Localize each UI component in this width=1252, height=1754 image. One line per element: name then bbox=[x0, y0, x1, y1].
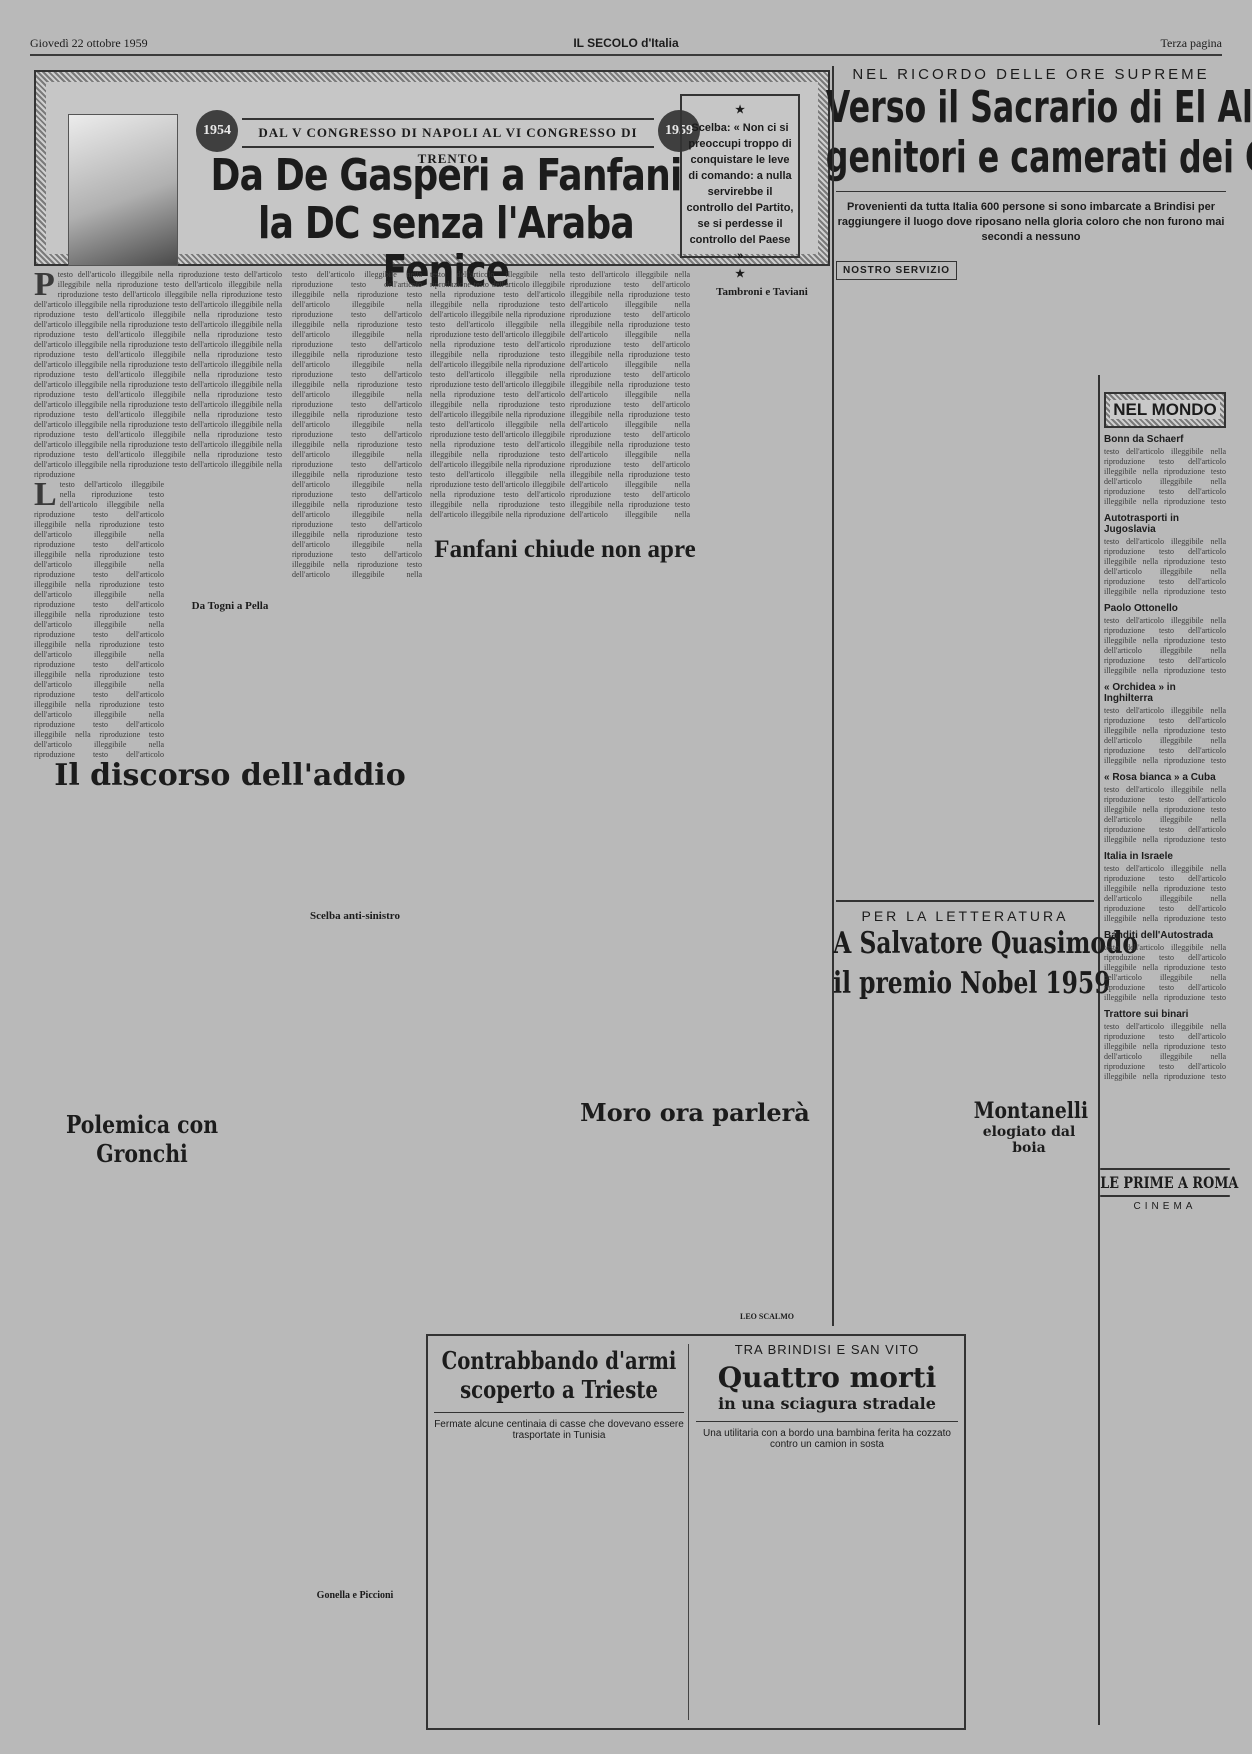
gonella-subhead: Gonella e Piccioni bbox=[290, 1590, 420, 1601]
scelba-subhead: Scelba anti-sinistro bbox=[290, 910, 420, 922]
article-body: testo dell'articolo illeggibile nella ri… bbox=[430, 270, 565, 520]
nel-mondo-sidebar: NEL MONDO Bonn da Schaerftesto dell'arti… bbox=[1104, 392, 1226, 1082]
fanfani-headline: Fanfani chiude non apre bbox=[430, 536, 700, 564]
nel-mondo-item: Trattore sui binaritesto dell'articolo i… bbox=[1104, 1009, 1226, 1082]
brindisi-headline-2: in una sciagura stradale bbox=[696, 1394, 958, 1413]
paper-title: IL SECOLO d'Italia bbox=[30, 36, 1222, 50]
lead-kicker: DAL V CONGRESSO DI NAPOLI AL VI CONGRESS… bbox=[242, 118, 654, 148]
prime-sub: CINEMA bbox=[1104, 1201, 1226, 1212]
subhead-tambroni: Tambroni e Taviani bbox=[696, 286, 828, 298]
trieste-article: Contrabbando d'armi scoperto a Trieste F… bbox=[434, 1346, 684, 1441]
nel-mondo-item: Banditi dell'Autostradatesto dell'artico… bbox=[1104, 930, 1226, 1003]
brindisi-headline-1: Quattro morti bbox=[696, 1361, 958, 1394]
divider bbox=[1098, 375, 1100, 1725]
prime-roma-box: LE PRIME A ROMA CINEMA bbox=[1104, 1168, 1226, 1212]
trieste-headline-1: Contrabbando d'armi bbox=[432, 1346, 686, 1375]
addio-headline: Il discorso dell'addio bbox=[40, 758, 420, 793]
article-body: testo dell'articolo illeggibile nella ri… bbox=[570, 270, 690, 520]
article-body: testo dell'articolo illeggibile nella ri… bbox=[292, 270, 422, 580]
nel-mondo-item: Paolo Ottonellotesto dell'articolo illeg… bbox=[1104, 603, 1226, 676]
lead-headline-1: Da De Gasperi a Fanfani bbox=[208, 152, 684, 200]
subhead-togni: Da Togni a Pella bbox=[168, 600, 292, 620]
trieste-headline-2: scoperto a Trieste bbox=[432, 1375, 686, 1404]
nel-mondo-item: Bonn da Schaerftesto dell'articolo illeg… bbox=[1104, 434, 1226, 507]
page-label: Terza pagina bbox=[1161, 36, 1222, 51]
nobel-headline-2: il premio Nobel 1959 bbox=[833, 964, 1097, 1004]
portrait-photo bbox=[68, 114, 178, 266]
masthead: Giovedì 22 ottobre 1959 IL SECOLO d'Ital… bbox=[30, 28, 1222, 56]
nobel-kicker: PER LA LETTERATURA bbox=[836, 908, 1094, 924]
nel-mondo-item: « Orchidea » in Inghilterratesto dell'ar… bbox=[1104, 682, 1226, 766]
star-icon: ★ bbox=[682, 102, 798, 118]
star-icon: ★ bbox=[682, 266, 798, 282]
lead-banner: 1954 DAL V CONGRESSO DI NAPOLI AL VI CON… bbox=[34, 70, 830, 266]
brindisi-kicker: TRA BRINDISI E SAN VITO bbox=[696, 1342, 958, 1357]
divider bbox=[832, 66, 834, 1326]
montanelli-headline-2: elogiato dal boia bbox=[964, 1124, 1094, 1156]
trieste-deck: Fermate alcune centinaia di casse che do… bbox=[434, 1412, 684, 1441]
brindisi-deck: Una utilitaria con a bordo una bambina f… bbox=[696, 1421, 958, 1450]
alamein-headline-2: genitori e camerati dei Caduti bbox=[826, 133, 1236, 183]
montanelli-box: Montanelli elogiato dal boia bbox=[964, 1098, 1094, 1156]
brindisi-article: TRA BRINDISI E SAN VITO Quattro morti in… bbox=[696, 1342, 958, 1450]
bottom-box: Contrabbando d'armi scoperto a Trieste F… bbox=[426, 1334, 966, 1730]
nel-mondo-title: NEL MONDO bbox=[1104, 392, 1226, 428]
alamein-kicker: NEL RICORDO DELLE ORE SUPREME bbox=[836, 66, 1226, 83]
nobel-box: PER LA LETTERATURA A Salvatore Quasimodo… bbox=[836, 900, 1094, 1004]
prime-title: LE PRIME A ROMA bbox=[1100, 1168, 1230, 1197]
scelba-quote: Scelba: « Non ci si preoccupi troppo di … bbox=[682, 118, 798, 266]
alamein-header: NEL RICORDO DELLE ORE SUPREME Verso il S… bbox=[836, 66, 1226, 245]
nel-mondo-item: « Rosa bianca » a Cubatesto dell'articol… bbox=[1104, 772, 1226, 845]
nel-mondo-item: Autotrasporti in Jugoslaviatesto dell'ar… bbox=[1104, 513, 1226, 597]
scelba-quote-box: ★ Scelba: « Non ci si preoccupi troppo d… bbox=[680, 94, 800, 258]
nostro-servizio-tag: NOSTRO SERVIZIO bbox=[836, 260, 957, 280]
alamein-headline-1: Verso il Sacrario di El Alamein bbox=[826, 83, 1236, 133]
montanelli-headline-1: Montanelli bbox=[974, 1098, 1085, 1124]
nel-mondo-item: Italia in Israeletesto dell'articolo ill… bbox=[1104, 851, 1226, 924]
article-body: Ltesto dell'articolo illeggibile nella r… bbox=[34, 480, 164, 760]
year-badge-left: 1954 bbox=[196, 110, 238, 152]
alamein-deck: Provenienti da tutta Italia 600 persone … bbox=[836, 191, 1226, 245]
nobel-headline-1: A Salvatore Quasimodo bbox=[833, 924, 1097, 964]
moro-headline: Moro ora parlerà bbox=[570, 1098, 820, 1127]
gronchi-headline: Polemica con Gronchi bbox=[40, 1110, 244, 1168]
byline: LEO SCALMO bbox=[740, 1312, 794, 1321]
